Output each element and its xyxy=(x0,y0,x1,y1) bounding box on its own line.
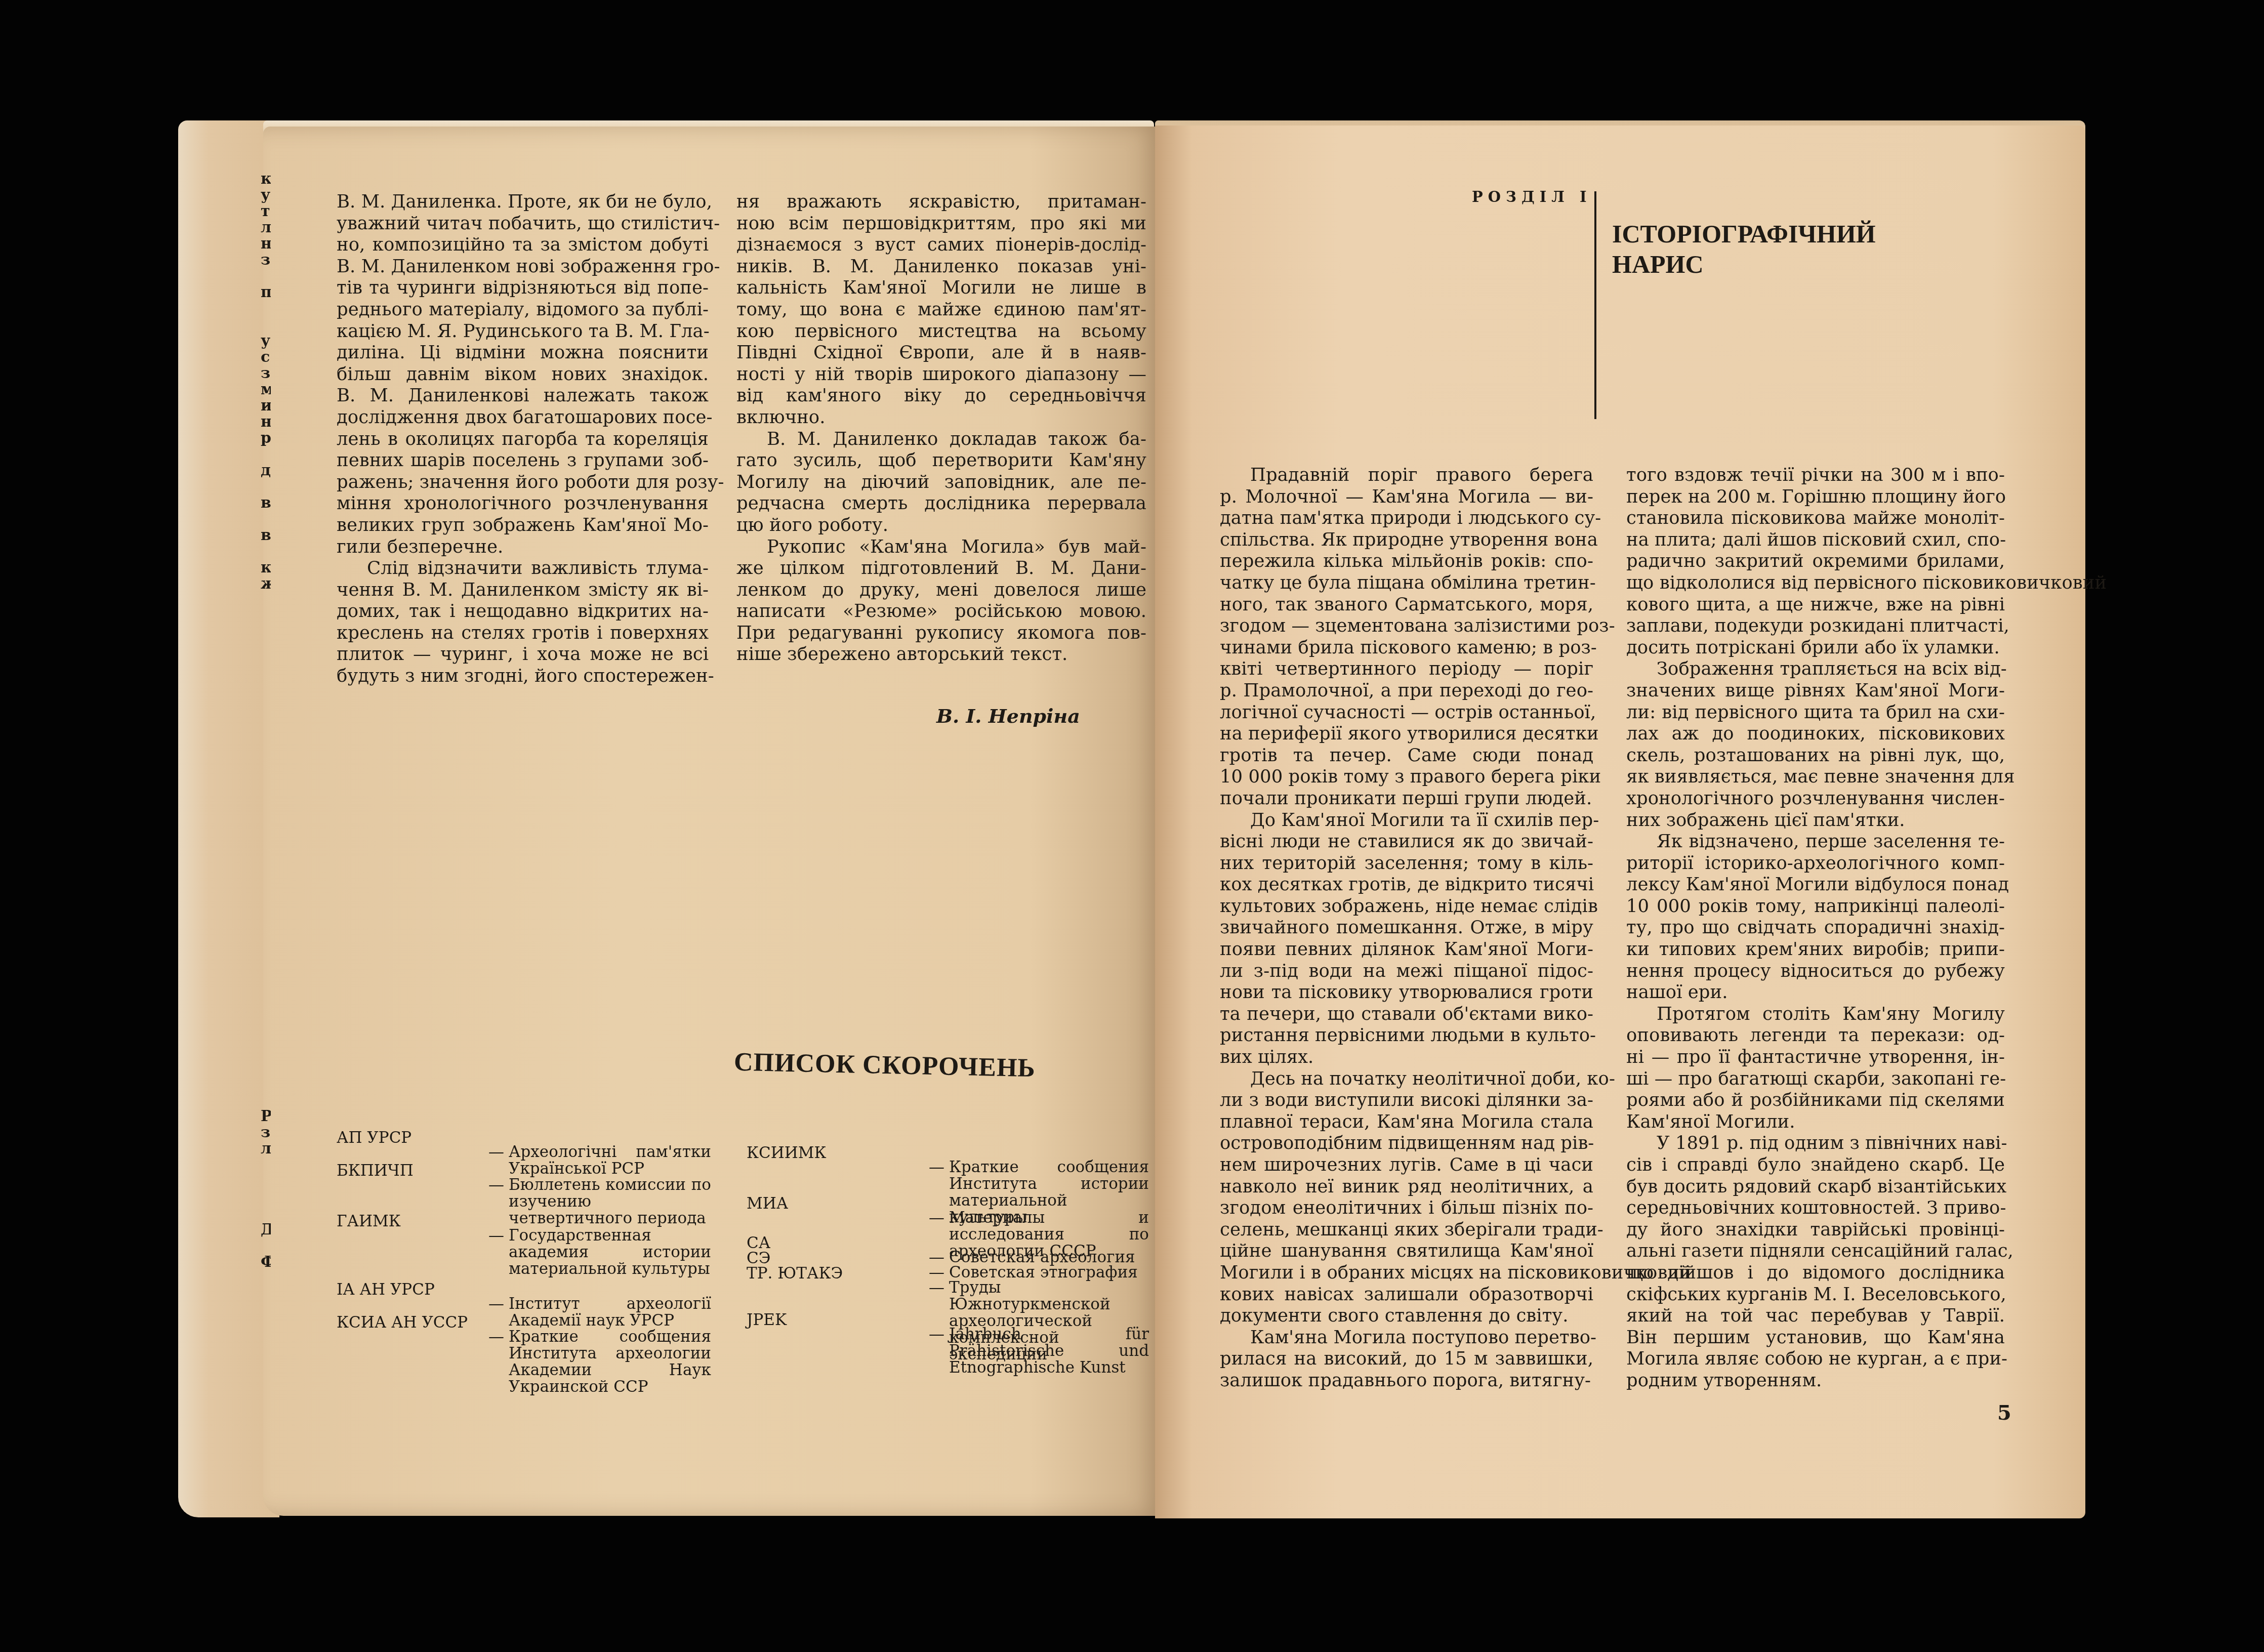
abbreviation-key: ТР. ЮТАКЭ xyxy=(747,1265,843,1282)
abbreviation-definition: —Інститут археології Академії наук УРСР xyxy=(509,1296,711,1329)
preface-signature: В. І. Непріна xyxy=(936,705,1080,727)
text-line: радично закритий окремими брилами, xyxy=(1626,551,2005,572)
text-line: того вздовж течії річки на 300 м і впо- xyxy=(1626,465,2005,486)
chapter-title-line-2: НАРИС xyxy=(1612,249,1876,279)
text-line: При редагуванні рукопису якомога пов- xyxy=(736,623,1146,644)
text-line: Могилу на діючий заповідник, але пе- xyxy=(736,472,1146,493)
text-line: У 1891 р. під одним з північних наві- xyxy=(1626,1133,2005,1154)
text-line: дізнаємося з вуст самих піонерів-дослід- xyxy=(736,234,1146,256)
text-line: кових навісах залишали образотворчі xyxy=(1220,1284,1593,1306)
text-line: альні газети підняли сенсаційний галас, xyxy=(1626,1241,2005,1262)
text-line: залишок прадавнього порога, витягну- xyxy=(1220,1370,1593,1392)
text-line: заплави, подекуди розкидані плитчасті, xyxy=(1626,615,2005,637)
text-line: від кам'яного віку до середньовіччя xyxy=(736,385,1146,407)
abbreviation-key: КСИА АН УССР xyxy=(337,1314,468,1331)
text-line: роями або й розбійниками під скелями xyxy=(1626,1090,2005,1111)
text-line: перек на 200 м. Горішню площину його xyxy=(1626,486,2005,508)
text-line: Зображення трапляється на всіх від- xyxy=(1626,658,2005,680)
text-line: що відкололися від первісного пісковиков… xyxy=(1626,572,2005,594)
right-page-column-1: Прадавній поріг правого берегар. Молочно… xyxy=(1220,465,1593,1392)
text-line: островоподібним підвищенням над рів- xyxy=(1220,1133,1593,1154)
text-line: ристання первісними людьми в культо- xyxy=(1220,1025,1593,1047)
text-line: р. Прамолочної, а при переході до гео- xyxy=(1220,680,1593,702)
abbreviation-definition: —Археологічні пам'ятки Української РСР xyxy=(509,1144,711,1177)
text-line: селень, мешканці яких зберігали тради- xyxy=(1220,1219,1593,1241)
text-line: домих, так і нещодавно відкритих на- xyxy=(337,601,709,623)
text-line: Могили і в обраних місцях на пісковикови… xyxy=(1220,1262,1593,1284)
text-line: культових зображень, ніде немає слідів xyxy=(1220,896,1593,918)
text-line: ки типових крем'яних виробів; припи- xyxy=(1626,939,2005,961)
text-line: В. М. Даниленко докладав також ба- xyxy=(736,429,1146,450)
text-line: Слід відзначити важливість тлума- xyxy=(337,558,709,580)
text-line: ші — про багатющі скарби, закопані ге- xyxy=(1626,1068,2005,1090)
text-line: нем широчезних лугів. Саме в ці часи xyxy=(1220,1154,1593,1176)
abbreviation-key: JPEK xyxy=(747,1312,787,1329)
text-line: нови та пісковику утворювалися гроти xyxy=(1220,982,1593,1004)
text-line: середньовічних коштовностей. З приво- xyxy=(1626,1197,2005,1219)
text-line: хронологічного розчленування числен- xyxy=(1626,788,2005,810)
text-line: лексу Кам'яної Могили відбулося понад xyxy=(1626,874,2005,896)
text-line: Могила являє собою не курган, а є при- xyxy=(1626,1348,2005,1370)
text-line: чення В. М. Даниленком змісту як ві- xyxy=(337,580,709,601)
text-line: кового щита, а ще нижче, вже на рівні xyxy=(1626,594,2005,616)
left-page-column-2: ня вражають яскравістю, притаман-ною всі… xyxy=(736,191,1146,666)
text-line: кою первісного мистецтва на всьому xyxy=(736,321,1146,343)
chapter-label: РОЗДІЛ І xyxy=(1472,188,1592,205)
text-line: цю його роботу. xyxy=(736,515,1146,536)
text-line: пережила кілька мільйонів років: спо- xyxy=(1220,551,1593,572)
text-line: гили безперечне. xyxy=(337,536,709,558)
text-line: великих груп зображень Кам'яної Мо- xyxy=(337,515,709,536)
text-line: кацією М. Я. Рудинського та В. М. Гла- xyxy=(337,321,709,343)
abbreviations-list-1: АП УРСР—Археологічні пам'ятки Українсько… xyxy=(337,1130,711,1393)
text-line: чатку це була піщана обмілина третин- xyxy=(1220,572,1593,594)
text-line: написати «Резюме» російською мовою. xyxy=(736,601,1146,623)
text-line: датна пам'ятка природи і людського су- xyxy=(1220,508,1593,529)
abbreviations-heading: СПИСОК СКОРОЧЕНЬ xyxy=(733,1047,1036,1083)
text-line: появи певних ділянок Кам'яної Моги- xyxy=(1220,939,1593,961)
text-line: що дійшов і до відомого дослідника xyxy=(1626,1262,2005,1284)
text-line: В. М. Даниленкові належать також xyxy=(337,385,709,407)
chapter-title-line-1: ІСТОРІОГРАФІЧНИЙ xyxy=(1612,219,1876,249)
text-line: реднього матеріалу, відомого за публі- xyxy=(337,299,709,321)
abbreviation-key: МИА xyxy=(747,1195,788,1212)
edge-page-text-fragments-bottom: Рзл Д Ф xyxy=(261,1108,271,1270)
text-line: тому, що вона є майже єдиною пам'ят- xyxy=(736,299,1146,321)
abbreviation-key: ІА АН УРСР xyxy=(337,1282,435,1298)
edge-page-text-fragments-top: кутлнз п усзминр д в в кж xyxy=(261,171,271,592)
text-line: документи свого ставлення до світу. xyxy=(1220,1305,1593,1327)
abbreviation-key: КСИИМК xyxy=(747,1145,827,1162)
text-line: лень в околицях пагорба та кореляція xyxy=(337,429,709,450)
text-line: 10 000 років тому з правого берега ріки xyxy=(1220,766,1593,788)
abbreviation-key: АП УРСР xyxy=(337,1130,411,1146)
text-line: навколо неї виник ряд неолітичних, а xyxy=(1220,1176,1593,1198)
text-line: ли з-під води на межі піщаної підос- xyxy=(1220,961,1593,982)
text-line: ні — про її фантастичне утворення, ін- xyxy=(1626,1047,2005,1068)
text-line: родним утворенням. xyxy=(1626,1370,2005,1392)
text-line: гато зусиль, щоб перетворити Кам'яну xyxy=(736,450,1146,472)
text-line: на периферії якого утворилися десятки xyxy=(1220,723,1593,745)
text-line: ленком до друку, мені довелося лише xyxy=(736,580,1146,601)
text-line: ною всім першовідкриттям, про які ми xyxy=(736,213,1146,235)
text-line: більш давнім віком нових знахідок. xyxy=(337,364,709,386)
text-line: почали проникати перші групи людей. xyxy=(1220,788,1593,810)
abbreviation-definition: —Государственная академия истории матери… xyxy=(509,1227,711,1277)
abbreviation-definition: —Jahrbuch für Prähistorische und Etnogra… xyxy=(949,1326,1149,1376)
text-line: р. Молочної — Кам'яна Могила — ви- xyxy=(1220,486,1593,508)
text-line: включно. xyxy=(736,407,1146,429)
text-line: плавної тераси, Кам'яна Могила стала xyxy=(1220,1111,1593,1133)
text-line: уважний читач побачить, що стилістич- xyxy=(337,213,709,235)
text-line: ту, про що свідчать спорадичні знахід- xyxy=(1626,917,2005,939)
text-line: До Кам'яної Могили та її схилів пер- xyxy=(1220,810,1593,832)
text-line: міння хронологічного розчленування xyxy=(337,493,709,515)
text-line: же цілком підготовлений В. М. Дани- xyxy=(736,558,1146,580)
text-line: 10 000 років тому, наприкінці палеолі- xyxy=(1626,896,2005,918)
text-line: ня вражають яскравістю, притаман- xyxy=(736,191,1146,213)
text-line: який на той час перебував у Таврії. xyxy=(1626,1305,2005,1327)
text-line: гротів та печер. Саме сюди понад xyxy=(1220,745,1593,767)
text-line: них зображень цієї пам'ятки. xyxy=(1626,810,2005,832)
text-line: згодом енеолітичних і більш пізніх по- xyxy=(1220,1197,1593,1219)
text-line: спільства. Як природне утворення вона xyxy=(1220,529,1593,551)
text-line: певних шарів поселень з групами зоб- xyxy=(337,450,709,472)
text-line: рилася на високий, до 15 м заввишки, xyxy=(1220,1348,1593,1370)
text-line: кох десятках гротів, де відкрито тисячі xyxy=(1220,874,1593,896)
text-line: скіфських курганів М. І. Веселовського, xyxy=(1626,1284,2005,1306)
text-line: ників. В. М. Даниленко показав уні- xyxy=(736,256,1146,278)
abbreviation-definition: —Бюллетень комиссии по изучению четверти… xyxy=(509,1177,711,1227)
text-line: досить потріскані брили або їх уламки. xyxy=(1626,637,2005,659)
text-line: кальність Кам'яної Могили не лише в xyxy=(736,277,1146,299)
text-line: оповивають легенди та перекази: од- xyxy=(1626,1025,2005,1047)
text-line: дослідження двох багатошарових посе- xyxy=(337,407,709,429)
text-line: ду його знахідки таврійські провінці- xyxy=(1626,1219,2005,1241)
chapter-title: ІСТОРІОГРАФІЧНИЙ НАРИС xyxy=(1612,219,1876,279)
abbreviation-key: ГАИМК xyxy=(337,1213,401,1230)
text-line: нення процесу відноситься до рубежу xyxy=(1626,961,2005,982)
text-line: ражень; значення його роботи для розу- xyxy=(337,472,709,493)
text-line: креслень на стелях гротів і поверхнях xyxy=(337,623,709,644)
text-line: Він першим установив, що Кам'яна xyxy=(1626,1327,2005,1349)
text-line: становила пісковикова майже моноліт- xyxy=(1626,508,2005,529)
text-line: диліна. Ці відміни можна пояснити xyxy=(337,342,709,364)
text-line: на плита; далі йшов пісковий схил, спо- xyxy=(1626,529,2005,551)
right-page-column-2: того вздовж течії річки на 300 м і впо-п… xyxy=(1626,465,2005,1392)
text-line: чинами брила піскового каменю; в роз- xyxy=(1220,637,1593,659)
text-line: редчасна смерть дослідника перервала xyxy=(736,493,1146,515)
abbreviations-list-2: КСИИМК—Краткие сообщения Института истор… xyxy=(747,1145,1151,1428)
text-line: них територій заселення; тому в кіль- xyxy=(1220,853,1593,875)
abbreviation-key: БКПИЧП xyxy=(337,1163,414,1179)
text-line: Як відзначено, перше заселення те- xyxy=(1626,831,2005,853)
left-page-column-1: В. М. Даниленка. Проте, як би не було,ув… xyxy=(337,191,709,687)
text-line: та печери, що ставали об'єктами вико- xyxy=(1220,1004,1593,1025)
text-line: ніше збережено авторський текст. xyxy=(736,644,1146,666)
text-line: Півдні Східної Європи, але й в наяв- xyxy=(736,342,1146,364)
text-line: нашої ери. xyxy=(1626,982,2005,1004)
text-line: сів і справді було знайдено скарб. Це xyxy=(1626,1154,2005,1176)
text-line: но, композиційно та за змістом добуті xyxy=(337,234,709,256)
text-line: Протягом століть Кам'яну Могилу xyxy=(1626,1004,2005,1025)
text-line: ного, так званого Сарматського, моря, xyxy=(1220,594,1593,616)
text-line: тів та чуринги відрізняються від попе- xyxy=(337,277,709,299)
text-line: Кам'яна Могила поступово перетво- xyxy=(1220,1327,1593,1349)
page-number: 5 xyxy=(1997,1401,2011,1425)
chapter-vertical-rule xyxy=(1594,191,1596,419)
text-line: звичайного помешкання. Отже, в міру xyxy=(1220,917,1593,939)
text-line: значених вище рівнях Кам'яної Моги- xyxy=(1626,680,2005,702)
text-line: згодом — зцементована залізистими роз- xyxy=(1220,615,1593,637)
text-line: лах аж до поодиноких, пісковикових xyxy=(1626,723,2005,745)
text-line: ційне шанування святилища Кам'яної xyxy=(1220,1241,1593,1262)
text-line: будуть з ним згодні, його спостережен- xyxy=(337,666,709,687)
text-line: Десь на початку неолітичної доби, ко- xyxy=(1220,1068,1593,1090)
text-line: В. М. Даниленком нові зображення гро- xyxy=(337,256,709,278)
text-line: був досить рядовий скарб візантійських xyxy=(1626,1176,2005,1198)
text-line: як виявляється, має певне значення для xyxy=(1626,766,2005,788)
text-line: вих цілях. xyxy=(1220,1047,1593,1068)
text-line: Рукопис «Кам'яна Могила» був май- xyxy=(736,536,1146,558)
text-line: Кам'яної Могили. xyxy=(1626,1111,2005,1133)
text-line: квіті четвертинного періоду — поріг xyxy=(1220,658,1593,680)
text-line: В. М. Даниленка. Проте, як би не було, xyxy=(337,191,709,213)
text-line: риторії історико-археологічного комп- xyxy=(1626,853,2005,875)
text-line: ли: від первісного щита та брил на схи- xyxy=(1626,702,2005,724)
text-line: ли з води виступили високі ділянки за- xyxy=(1220,1090,1593,1111)
text-line: вісні люди не ставилися як до звичай- xyxy=(1220,831,1593,853)
text-line: логічної сучасності — острів останньої, xyxy=(1220,702,1593,724)
text-line: плиток — чуринг, і хоча може не всі xyxy=(337,644,709,666)
abbreviation-definition: —Краткие сообщения Института археологии … xyxy=(509,1329,711,1395)
text-line: Прадавній поріг правого берега xyxy=(1220,465,1593,486)
text-line: ності у ній творів широкого діапазону — xyxy=(736,364,1146,386)
text-line: скель, розташованих на рівні лук, що, xyxy=(1626,745,2005,767)
